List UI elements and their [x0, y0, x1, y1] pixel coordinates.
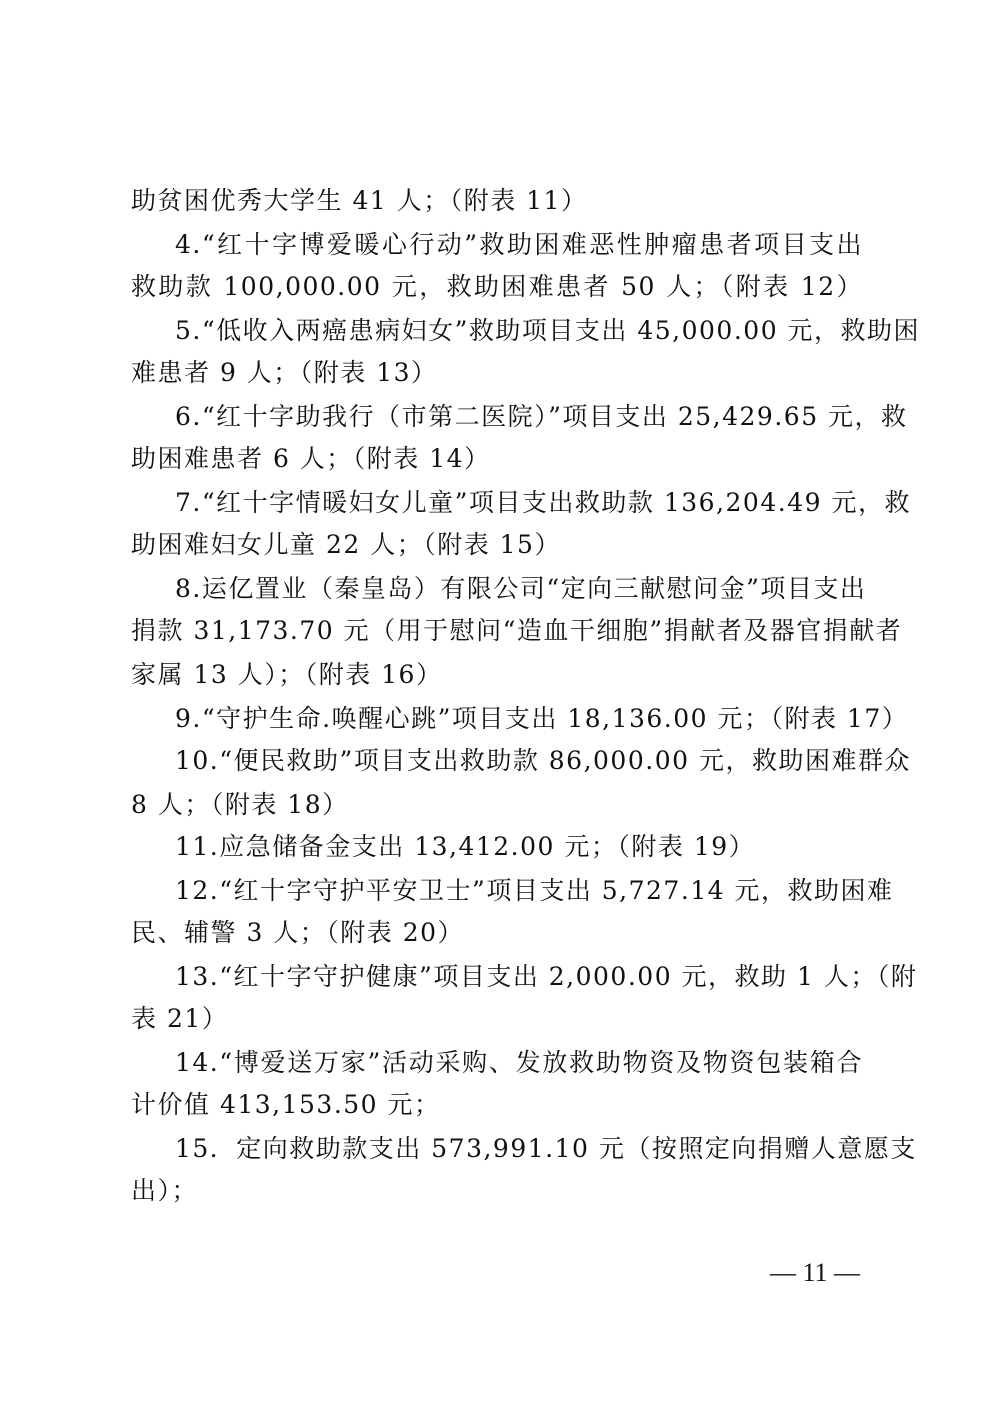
paragraph-first-line: 14.“博爱送万家”活动采购、发放救助物资及物资包装箱合 [175, 1048, 863, 1078]
paragraph-first-line: 8.运亿置业（秦皇岛）有限公司“定向三献慰问金”项目支出 [175, 574, 863, 604]
paragraph-line: 表 21） [131, 1004, 863, 1034]
paragraph-first-line: 12.“红十字守护平安卫士”项目支出 5,727.14 元，救助困难 [175, 876, 863, 906]
paragraph-first-line: 10.“便民救助”项目支出救助款 86,000.00 元，救助困难群众 [175, 746, 863, 776]
document-page: 助贫困优秀大学生 41 人；（附表 11）4.“红十字博爱暖心行动”救助困难恶性… [0, 0, 992, 1403]
paragraph-line: 救助款 100,000.00 元，救助困难患者 50 人；（附表 12） [131, 272, 863, 302]
paragraph-line: 难患者 9 人；（附表 13） [131, 358, 863, 388]
paragraph-first-line: 5.“低收入两癌患病妇女”救助项目支出 45,000.00 元，救助困 [175, 316, 863, 346]
paragraph-line: 家属 13 人）；（附表 16） [131, 660, 863, 690]
paragraph-line: 助困难妇女儿童 22 人；（附表 15） [131, 530, 863, 560]
paragraph-first-line: 6.“红十字助我行（市第二医院）”项目支出 25,429.65 元，救 [175, 402, 863, 432]
paragraph-line: 出）； [131, 1176, 863, 1206]
paragraph-first-line: 9.“守护生命.唤醒心跳”项目支出 18,136.00 元；（附表 17） [175, 704, 863, 734]
paragraph-line: 助困难患者 6 人；（附表 14） [131, 444, 863, 474]
paragraph-first-line: 4.“红十字博爱暖心行动”救助困难恶性肿瘤患者项目支出 [175, 230, 863, 260]
paragraph-first-line: 7.“红十字情暖妇女儿童”项目支出救助款 136,204.49 元，救 [175, 488, 863, 518]
page-number: — 11 — [770, 1258, 860, 1288]
paragraph-line: 8 人；（附表 18） [131, 790, 863, 820]
paragraph-first-line: 15．定向救助款支出 573,991.10 元（按照定向捐赠人意愿支 [175, 1134, 863, 1164]
paragraph-line: 民、辅警 3 人；（附表 20） [131, 918, 863, 948]
paragraph-line: 捐款 31,173.70 元（用于慰问“造血干细胞”捐献者及器官捐献者 [131, 616, 863, 646]
paragraph-first-line: 13.“红十字守护健康”项目支出 2,000.00 元，救助 1 人；（附 [175, 962, 863, 992]
paragraph-line: 计价值 413,153.50 元； [131, 1090, 863, 1120]
paragraph-first-line: 11.应急储备金支出 13,412.00 元；（附表 19） [175, 832, 863, 862]
paragraph-line: 助贫困优秀大学生 41 人；（附表 11） [131, 186, 863, 216]
